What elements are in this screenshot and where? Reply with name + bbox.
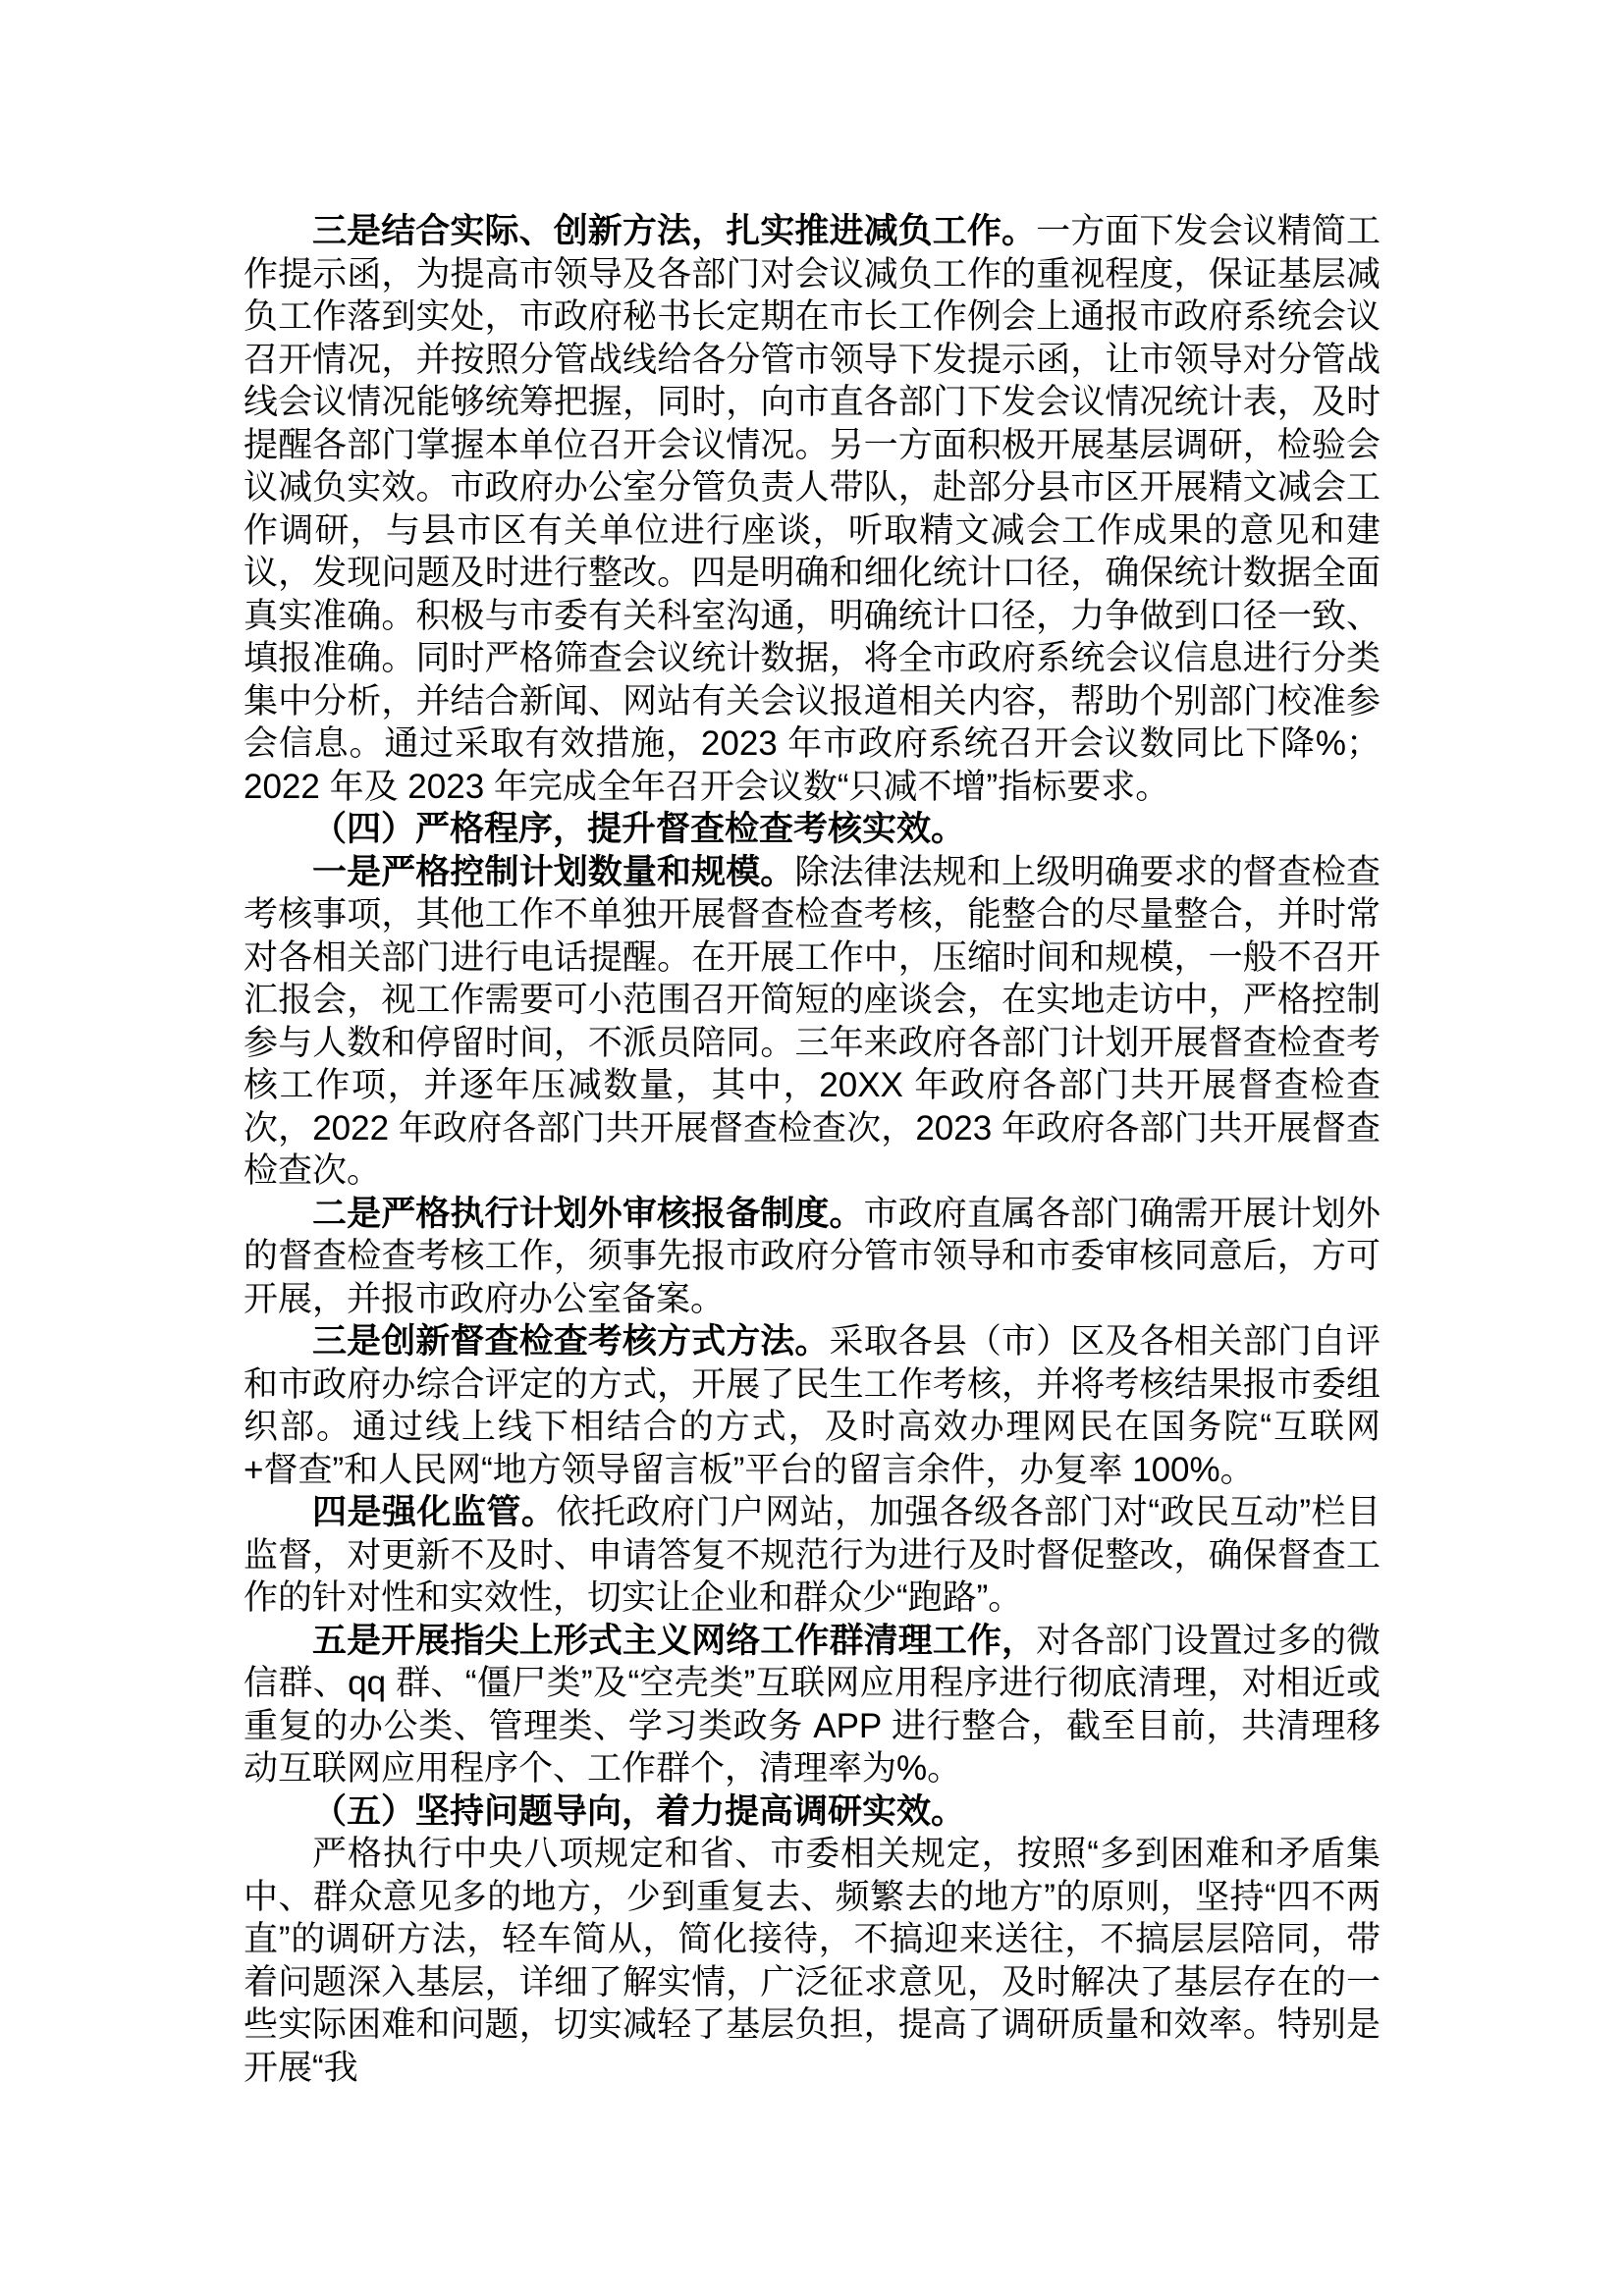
- paragraph-lead: （四）严格程序，提升督查检查考核实效。: [312, 810, 965, 848]
- paragraph: 三是结合实际、创新方法，扎实推进减负工作。一方面下发会议精简工作提示函，为提高市…: [244, 210, 1380, 808]
- paragraph: 四是强化监管。依托政府门户网站，加强各级各部门对“政民互动”栏目监督，对更新不及…: [244, 1491, 1380, 1620]
- paragraph-text: 一方面下发会议精简工作提示函，为提高市领导及各部门对会议减负工作的重视程度，保证…: [244, 212, 1380, 806]
- document-body: 三是结合实际、创新方法，扎实推进减负工作。一方面下发会议精简工作提示函，为提高市…: [244, 210, 1380, 2089]
- paragraph-lead: 二是严格执行计划外审核报备制度。: [312, 1195, 864, 1233]
- paragraph-lead: 三是结合实际、创新方法，扎实推进减负工作。: [312, 212, 1036, 250]
- paragraph-lead: 五是开展指尖上形式主义网络工作群清理工作，: [312, 1622, 1036, 1660]
- document-page: 三是结合实际、创新方法，扎实推进减负工作。一方面下发会议精简工作提示函，为提高市…: [0, 0, 1624, 2296]
- paragraph: 三是创新督查检查考核方式方法。采取各县（市）区及各相关部门自评和市政府办综合评定…: [244, 1320, 1380, 1491]
- paragraph-text: 严格执行中央八项规定和省、市委相关规定，按照“多到困难和矛盾集中、群众意见多的地…: [244, 1835, 1380, 2087]
- paragraph-lead: 四是强化监管。: [312, 1493, 556, 1531]
- paragraph-lead: 一是严格控制计划数量和规模。: [312, 853, 794, 891]
- paragraph-text: 除法律法规和上级明确要求的督查检查考核事项，其他工作不单独开展督查检查考核，能整…: [244, 853, 1380, 1191]
- paragraph: 五是开展指尖上形式主义网络工作群清理工作，对各部门设置过多的微信群、qq 群、“…: [244, 1620, 1380, 1790]
- section-heading: （五）坚持问题导向，着力提高调研实效。: [244, 1790, 1380, 1834]
- paragraph-lead: （五）坚持问题导向，着力提高调研实效。: [312, 1792, 965, 1831]
- paragraph-lead: 三是创新督查检查考核方式方法。: [312, 1322, 830, 1361]
- paragraph: 严格执行中央八项规定和省、市委相关规定，按照“多到困难和矛盾集中、群众意见多的地…: [244, 1833, 1380, 2089]
- paragraph: 二是严格执行计划外审核报备制度。市政府直属各部门确需开展计划外的督查检查考核工作…: [244, 1193, 1380, 1321]
- paragraph: 一是严格控制计划数量和规模。除法律法规和上级明确要求的督查检查考核事项，其他工作…: [244, 851, 1380, 1193]
- section-heading: （四）严格程序，提升督查检查考核实效。: [244, 808, 1380, 851]
